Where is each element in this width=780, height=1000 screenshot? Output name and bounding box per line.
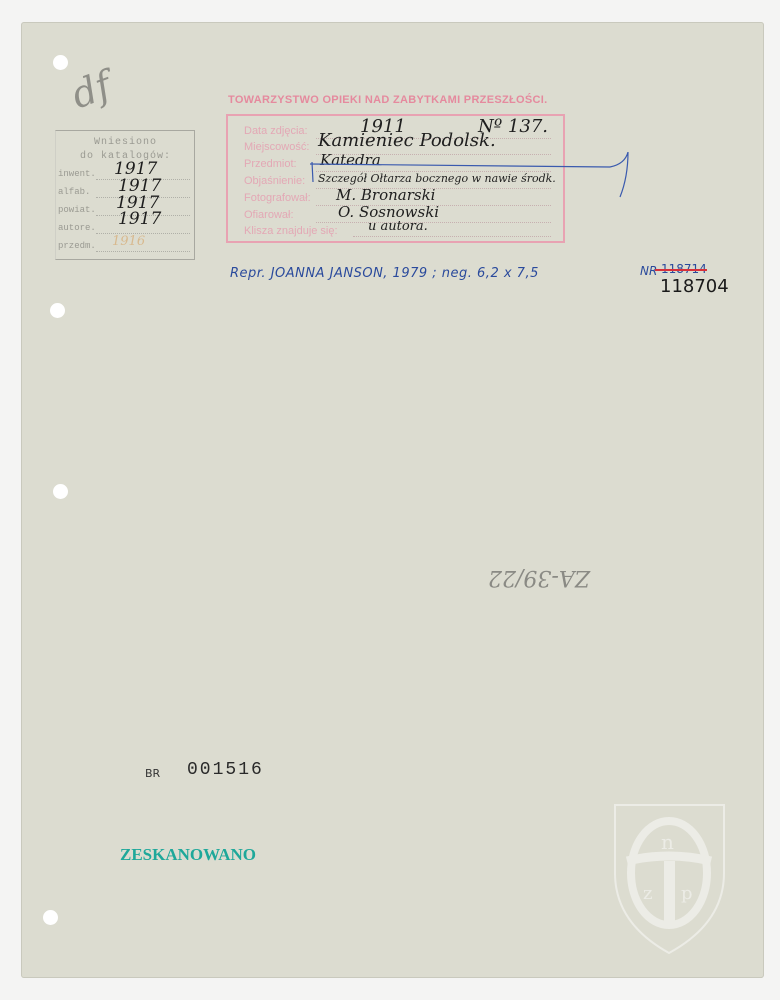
punch-hole (43, 910, 58, 925)
punch-hole (53, 55, 68, 70)
svg-text:n: n (661, 830, 674, 854)
field-label-photographer: Fotografował: (244, 192, 311, 204)
reproduction-note: Repr. JOANNA JANSON, 1979 ; neg. 6,2 x 7… (230, 266, 539, 281)
punch-hole (50, 303, 65, 318)
field-line (353, 236, 551, 237)
nr-label: NR (640, 264, 657, 278)
catalog-row-label: przedm. (58, 241, 96, 251)
catalog-stamp: Wniesiono do katalogów: inwent. 1917 alf… (55, 130, 195, 260)
field-label-description: Objaśnienie: (244, 175, 305, 187)
field-value-negative-location: u autora. (368, 219, 428, 234)
society-stamp-title: TOWARZYSTWO OPIEKI NAD ZABYTKAMI PRZESZŁ… (228, 94, 547, 106)
field-label-place: Miejscowość: (244, 141, 309, 153)
br-number: 001516 (187, 760, 264, 780)
pencil-shelf-mark: ZA-39/22 (488, 565, 590, 590)
catalog-stamp-title: Wniesiono (94, 137, 157, 148)
field-label-subject: Przedmiot: (244, 158, 297, 170)
field-value-place: Kamieniec Podolsk. (318, 130, 496, 151)
new-inventory-number: 118704 (660, 276, 729, 297)
catalog-row-value: 1917 (118, 209, 161, 229)
catalog-row-label: inwent. (58, 169, 96, 179)
catalog-row-label: powiat. (58, 205, 96, 215)
catalog-row-label: autore. (58, 223, 96, 233)
field-label-negative-location: Klisza znajduje się: (244, 225, 338, 237)
catalog-row-value: 1916 (112, 234, 145, 249)
watermark-emblem-icon: n z p (611, 803, 728, 955)
br-label: BR (145, 767, 160, 780)
svg-text:p: p (681, 883, 693, 904)
scanned-stamp: ZESKANOWANO (120, 845, 256, 865)
svg-text:z: z (643, 883, 652, 904)
blue-pen-mark (310, 152, 650, 212)
field-line (316, 222, 551, 223)
catalog-row-label: alfab. (58, 187, 90, 197)
catalog-row-line (96, 251, 190, 252)
field-label-date: Data zdjęcia: (244, 125, 308, 137)
strikethrough-line (655, 269, 707, 271)
punch-hole (53, 484, 68, 499)
field-label-donor: Ofiarował: (244, 209, 294, 221)
